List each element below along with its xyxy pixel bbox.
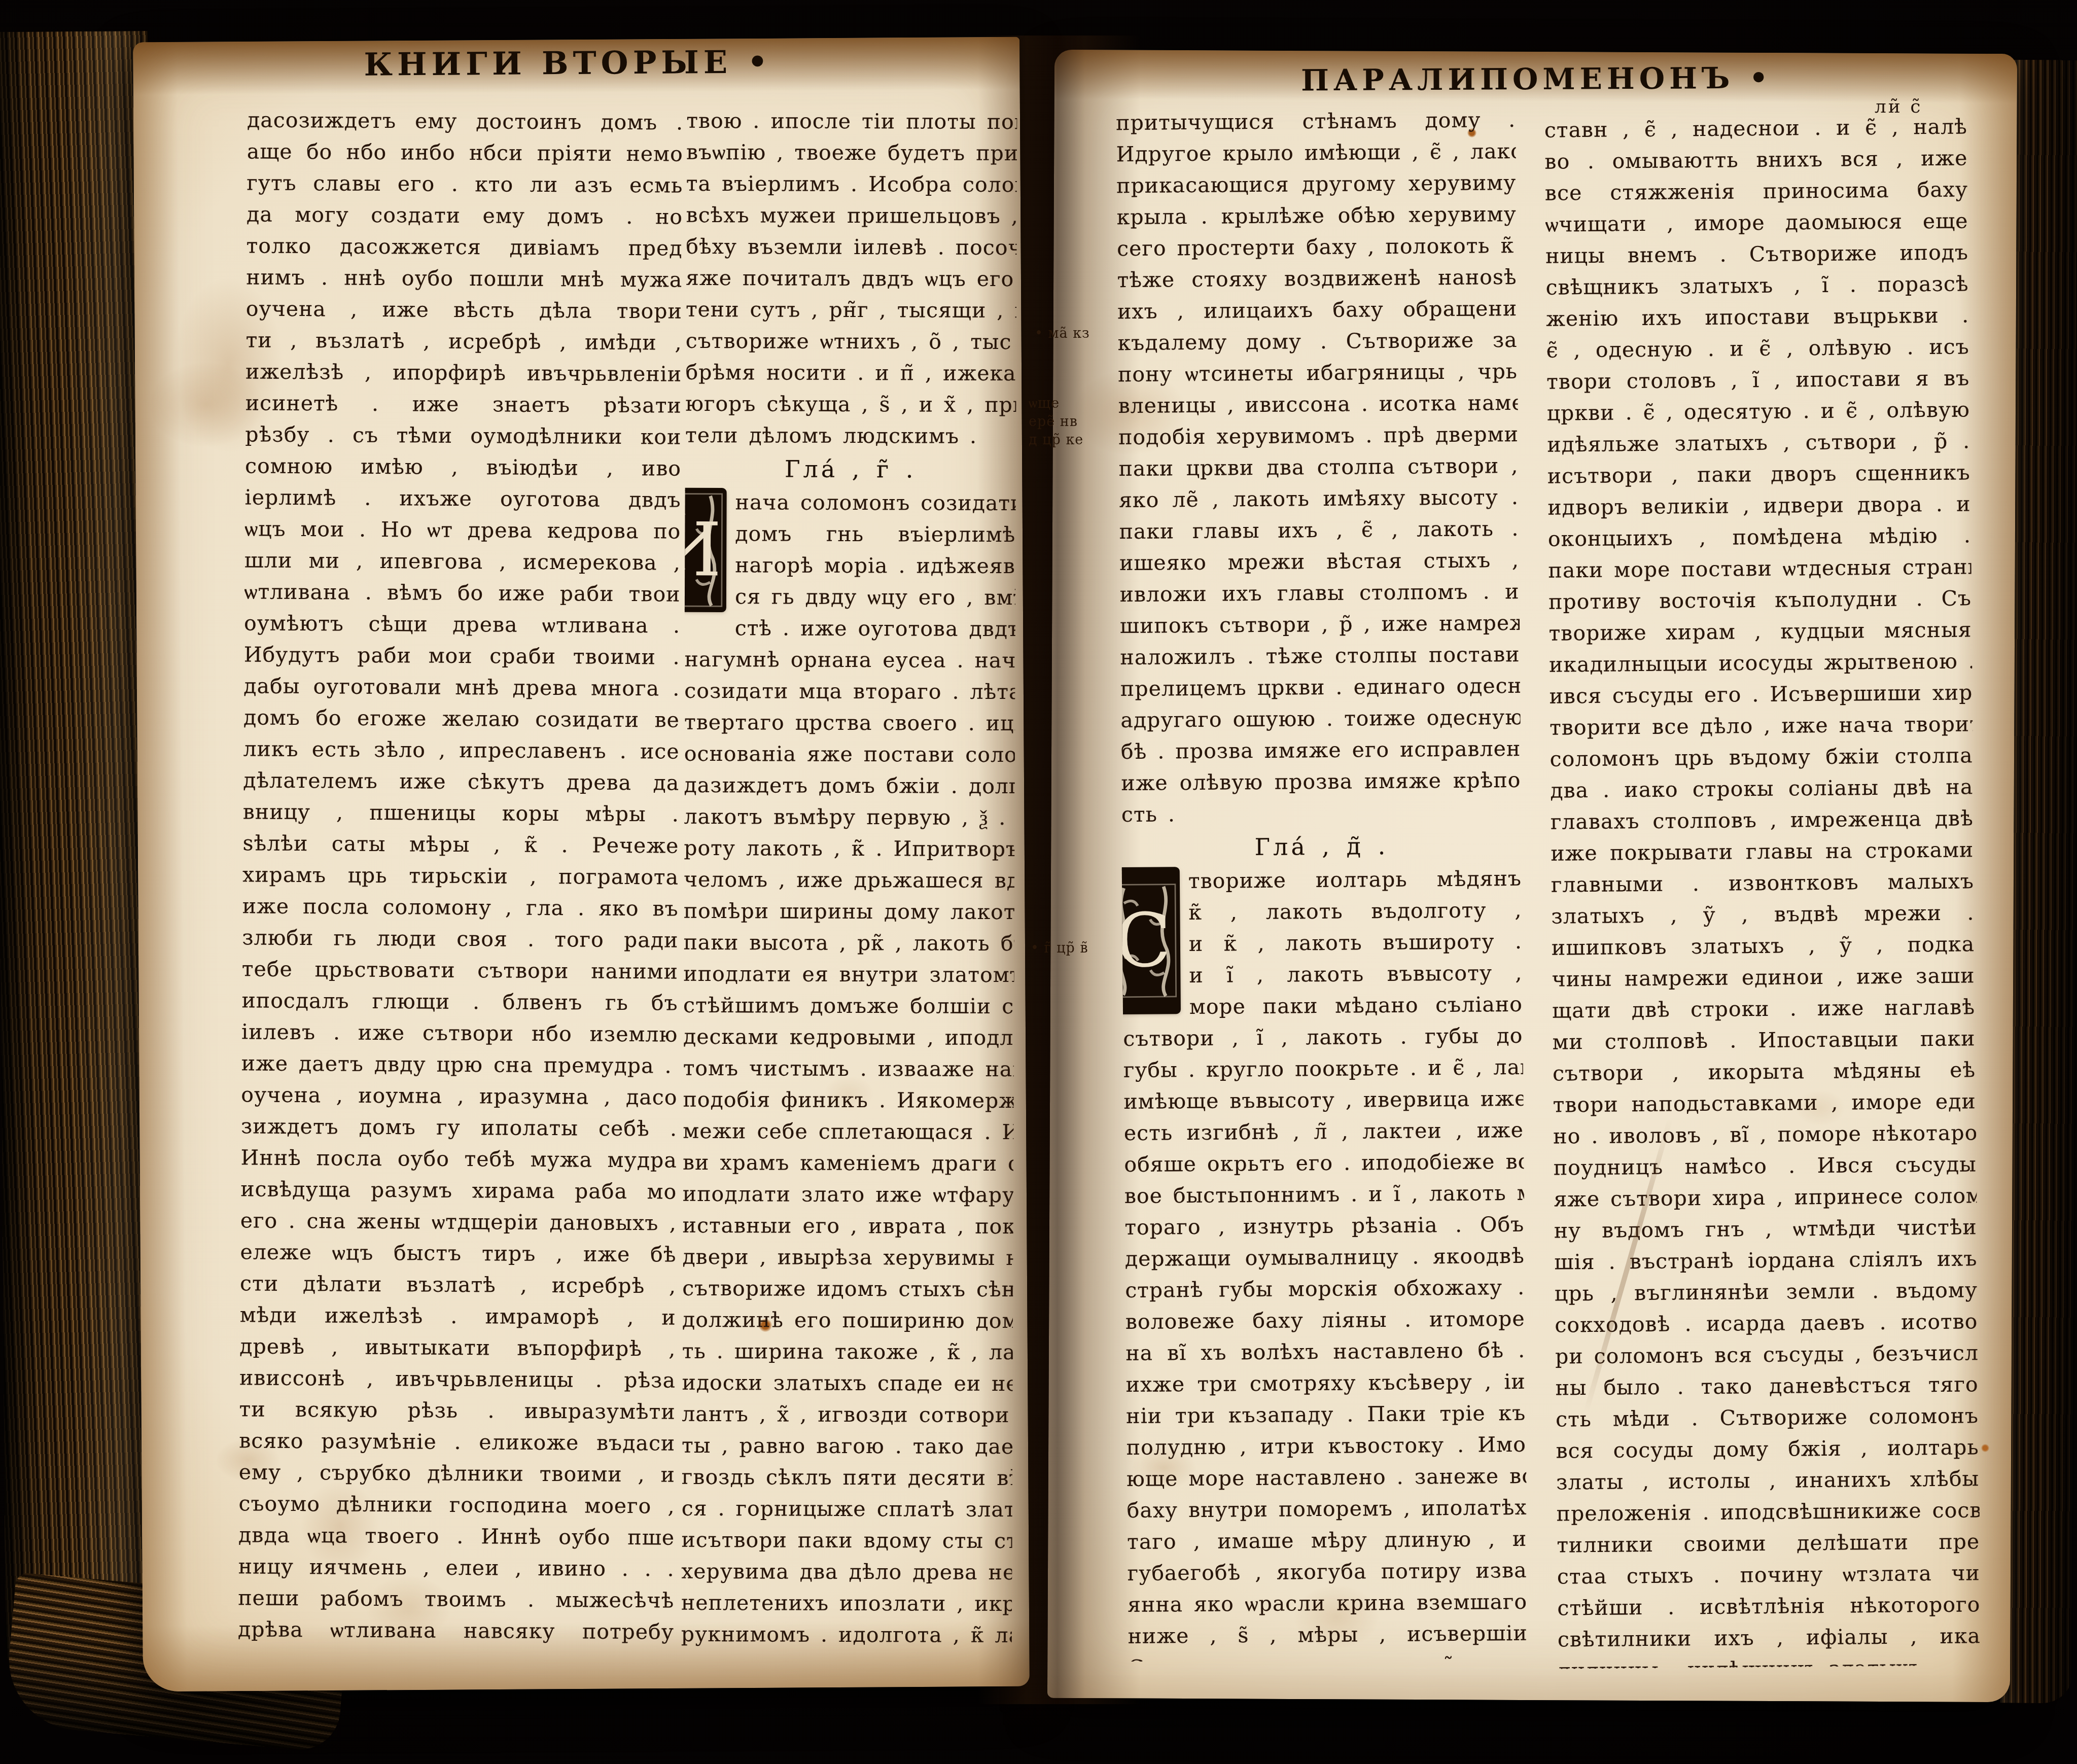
text-line: обяше окрьтъ его . иподобіеже воло [1124, 1146, 1524, 1180]
text-line: свѣщникъ златыхъ , і̃ . поразсѣ [1545, 268, 1969, 303]
text-line: поудницъ намѣсо . Ився съсуды [1553, 1148, 1977, 1183]
text-line: прикасающися другому херувиму [1116, 167, 1516, 201]
text-line: оучена , иоумна , иразумна , дасо [241, 1079, 677, 1113]
text-line: главахъ столповъ , имреженца двѣ [1551, 802, 1974, 837]
text-line: чины намрежи единои , иже заши [1552, 960, 1975, 995]
text-line: сти дѣлати възлатѣ , исребрѣ , [240, 1267, 676, 1301]
text-line: ихже три смотряху късѣверу , іи [1126, 1366, 1526, 1400]
text-line: црь , въглинянѣи земли . въдому [1555, 1274, 1978, 1309]
text-line: соломонъ црь въдому бжіи столпа [1550, 739, 1973, 774]
text-line: домъ гнь въіерлимѣ [685, 518, 1015, 550]
text-line: вся сосуды дому бжія , иолтарь [1556, 1431, 1979, 1466]
chapter-heading: Гла́ , д̃ . [1121, 827, 1522, 866]
text-line: имѣюще въвысоту , ивервица иже [1123, 1083, 1523, 1117]
text-line: томъ чистымъ . извааже нанеи [683, 1052, 1014, 1085]
text-line: аще бо нбо инбо нбси пріяти немо [247, 135, 683, 169]
text-line: женію ихъ ипостави въцрькви . [1546, 299, 1969, 334]
text-line: ти всякую рѣзь . ивыразумѣти [239, 1393, 675, 1427]
right-page-column-2: ставн , є̃ , надеснои . и є̃ , налѣво . … [1544, 111, 1981, 1669]
text-line: златы , истолы , инанихъ хлѣбы [1556, 1463, 1980, 1498]
text-line: недино крило имать , лакоть , є̃ [681, 1650, 1012, 1661]
text-line: свѣтилники ихъ , ифіалы , ика [1558, 1620, 1981, 1655]
text-line: да могу создати ему домъ . но [247, 198, 683, 232]
text-line: всѣхъ мужеи пришельцовъ , иже [686, 199, 1016, 232]
text-line: на ві̃ хъ волѣхъ наставлено бѣ . [1125, 1334, 1525, 1369]
text-line: бѣ . прозва имяже его исправленіе . [1121, 733, 1521, 767]
text-line: ихъ , илицаихъ баху обращени [1117, 293, 1517, 327]
text-line: ився съсуды его . Исъвершиши хира [1549, 677, 1973, 712]
text-line: исътвори , паки дворъ сщенникъ [1547, 456, 1971, 491]
text-line: югоръ сѣкуща , ѕ̃ , и х̃ , приста [685, 388, 1016, 420]
text-line: притычущися стѣнамъ дому . [1116, 104, 1516, 138]
text-line: десками кедровыми , иподлати зла [683, 1021, 1014, 1053]
margin-note: • ма̃ кз [1035, 325, 1090, 343]
text-line: роту лакоть , к̃ . Ипритворъ пре [684, 832, 1014, 865]
text-line: шипокъ сътвори , р̃ , иже намрежи [1120, 607, 1520, 642]
text-line: сего простерти баху , полокоть к̃ , [1117, 230, 1517, 264]
text-line: помѣри ширины дому лакоть , к̃ . [684, 895, 1014, 928]
text-line: сть мѣди . Сътвориже соломонъ [1556, 1400, 1979, 1435]
text-line: яко ле̃ , лакоть имѣяху высоту . [1119, 481, 1519, 516]
text-line: двда ѡца твоего . Иннѣ оубо пше [238, 1519, 675, 1553]
text-line: вницу , пшеницы коры мѣры . [243, 796, 679, 830]
text-line: нача соломонъ созидати [685, 486, 1016, 519]
text-line: сътвориже идомъ стыхъ сѣна . [682, 1273, 1013, 1305]
text-line: древѣ , ивытыкати въпорфирѣ , [239, 1330, 676, 1364]
text-line: ницу иячмень , елеи , ивино . . . [238, 1550, 675, 1584]
text-line: дѣлателемъ иже сѣкутъ древа да [243, 764, 679, 798]
text-line: мѣди ижелѣзѣ . имраморѣ , и [240, 1299, 676, 1333]
text-line: тебе црьствовати сътвори наними [242, 953, 678, 987]
margin-note: ѡще ере̃ нв д цр̃ ке [1029, 395, 1083, 449]
text-line: тели дѣломъ людскимъ . [685, 419, 1016, 452]
text-line: тораго , изнутрь рѣзаніа . Объ [1124, 1209, 1524, 1243]
text-line: рѣзбу . съ тѣми оумодѣлники кои [245, 418, 681, 452]
text-line: странѣ губы морскія обхожаху . [1125, 1272, 1525, 1306]
text-line: и і̃ , лакоть въвысоту , [1122, 957, 1522, 992]
text-line: яже сътвори хира , ипринесе соломо [1554, 1180, 1977, 1215]
text-line: тени сутъ , рн̃г , тысящи , ис̃ . [686, 294, 1016, 326]
text-line: твою . ипосле тіи плоты поморю [686, 105, 1017, 137]
text-line: баху внутри поморемъ , иполатѣхъ [1126, 1492, 1526, 1526]
text-line: твориже хирам , кудцыи мясныя [1548, 614, 1972, 649]
woodcut-initial-И: И [681, 490, 724, 610]
text-line: ѡчищати , иморе даомыюся еще [1545, 205, 1968, 240]
text-line: съоумо дѣлники господина моего , [238, 1488, 675, 1522]
text-line: хирамъ црь тирьскіи , пограмота [242, 859, 679, 893]
chapter-heading: Гла́ , г̃ . [685, 451, 1016, 487]
text-line: стѣ . иже оуготова двдъ [685, 612, 1015, 645]
text-line: преложенія . иподсвѣшникиже сосвѣ [1556, 1494, 1980, 1529]
text-line: главными . извонтковъ малыхъ [1551, 865, 1975, 900]
text-line: исътвори паки вдому сты стаа . [681, 1524, 1012, 1557]
text-line: та въіерлимъ . Исобра соломонъ [686, 168, 1017, 200]
text-line: сть . [1121, 796, 1521, 830]
text-line: іерлимѣ . ихъже оуготова двдъ [244, 481, 681, 515]
text-line: зиждетъ домъ гу иполаты себѣ . [241, 1110, 677, 1144]
text-line: Ибудутъ раби мои сраби твоими . [244, 639, 680, 673]
left-page-column-2: твою . ипосле тіи плоты поморювъѡпію , т… [681, 105, 1017, 1661]
text-line: межи себе сплетающася . Исоуста [683, 1115, 1013, 1148]
text-line: ницы внемъ . Сътвориже иподъ [1545, 236, 1969, 271]
text-line: паки цркви два столпа сътвори , [1118, 450, 1518, 484]
text-line: дасозиждетъ ему достоинъ домъ . [247, 104, 683, 138]
text-line: въѡпію , твоеже будетъ прибоди [686, 136, 1017, 169]
text-line: противу восточія къполудни . Съ [1548, 582, 1972, 617]
svg-text:И: И [681, 507, 723, 593]
text-line: дабы оуготовали мнѣ древа многа . [243, 670, 680, 704]
text-line: двери , ивырѣза херувимы настѣна . [682, 1241, 1013, 1274]
text-line: ми столповѣ . Ипоставцыи паки [1552, 1022, 1976, 1057]
text-line: ти , възлатѣ , исребрѣ , имѣди , [245, 324, 682, 358]
text-line: всяко разумѣніе . еликоже въдаси [239, 1425, 675, 1459]
text-line: губаегобѣ , якогуба потиру изва [1127, 1555, 1527, 1589]
text-line: іилевъ . иже сътвори нбо иземлю [241, 1016, 678, 1050]
text-line: иподлати ея внутри златомъ чи [683, 958, 1014, 991]
left-page-column-1: дасозиждетъ ему достоинъ домъ .аще бо нб… [238, 104, 684, 1661]
text-line: ликъ есть зѣло , ипреславенъ . исе [243, 733, 679, 767]
text-line: иставныи его , иврата , покна , и [683, 1210, 1013, 1242]
text-line: ишеяко мрежи вѣстая стыхъ , [1119, 544, 1519, 579]
text-line: таго , имаше мѣру длиную , и [1127, 1523, 1527, 1558]
svg-text:С: С [1116, 898, 1173, 984]
text-line: ипосдалъ глющи . блвенъ гь бъ [241, 984, 678, 1018]
text-line: оконцыихъ , помѣдена мѣдію . [1548, 519, 1972, 554]
text-line: дазиждетъ домъ бжіи . долготу [684, 769, 1015, 802]
text-line: оучена , иже вѣсть дѣла твори [246, 293, 682, 327]
text-line: сътвориже ѡтнихъ , о̃ , тыс , нарамни [686, 325, 1016, 358]
text-line: идворъ великіи , идвери двора . и [1547, 488, 1971, 523]
text-line: ну въдомъ гнъ , ѡтмѣди чистѣи [1554, 1211, 1978, 1246]
text-line: шли ми , ипевгова , исмерекова , [244, 544, 681, 578]
text-line: яже почиталъ двдъ ѡцъ его нобрѣ [686, 262, 1016, 295]
text-line: златыхъ , у̃ , въдвѣ мрежи . [1551, 897, 1975, 932]
right-page-column-1: притычущися стѣнамъ дому .Идругое крыло … [1116, 104, 1528, 1662]
text-line: к̃ , лакоть въдолготу , [1122, 894, 1522, 929]
running-title-right: ПАРАЛИПОМЕНОНЪ • [1085, 59, 1988, 98]
text-line: щати двѣ строки . иже наглавѣ [1552, 991, 1976, 1026]
text-line: ви храмъ каменіемъ драги славы . [683, 1147, 1013, 1179]
text-line: иже посла соломону , гла . яко въ [242, 890, 679, 924]
text-line: и к̃ , лакоть въшироту . [1122, 926, 1522, 960]
text-line: ишипковъ златыхъ , у̃ , подка [1552, 928, 1975, 963]
text-line: паки высота , рк̃ , лакоть бѣ . [683, 927, 1014, 959]
text-line: ивиссонѣ , ивъчрьвленицы . рѣза [239, 1362, 676, 1396]
text-line: вленицы , ивиссона . исотка намеи [1118, 387, 1518, 421]
text-line: творити все дѣло , иже нача творити [1550, 708, 1973, 743]
text-line: прелицемъ цркви . единаго одесную [1120, 670, 1520, 704]
text-line: паки море постави ѡтдесныя страны [1548, 551, 1972, 586]
text-line: ѡтливана . вѣмъ бо иже раби твои [244, 576, 680, 610]
text-line: вое быстьпоннимъ . и і̃ , лакоть мѣко [1124, 1177, 1524, 1212]
text-line: твертаго црства своего . иця сутъ [684, 707, 1015, 739]
text-line: твори столовъ , і̃ , ипостави я въ [1546, 362, 1970, 397]
text-line: идѣяльже златыхъ , сътвори , р̃ . [1547, 425, 1970, 460]
text-line: ніи три къзападу . Паки тріе къ [1126, 1397, 1526, 1432]
text-line: неплетенихъ ипозлати , икрилатѣ [681, 1587, 1012, 1619]
text-line: ему , сърубко дѣлники твоими , и [239, 1456, 675, 1490]
text-line: ивложи ихъ главы столпомъ . и [1119, 576, 1519, 610]
text-line: икадилныцыи исосуды жрытвеною . [1549, 645, 1973, 680]
text-line: твори наподьставками , иморе еди [1553, 1085, 1976, 1120]
text-line: цркви . є̃ , одесятую . и є̃ , олѣвую [1547, 394, 1970, 429]
running-title-left: КНИГИ ВТОРЫЕ • [152, 42, 984, 84]
text-line: стаа стыхъ . почину ѡтзлата чи [1557, 1557, 1981, 1592]
photo-open-antique-book: КНИГИ ВТОРЫЕ • ПАРАЛИПОМЕНОНЪ • ли̃ с̃ •… [0, 0, 2077, 1764]
text-line: наложилъ . тѣже столпы постави [1120, 639, 1520, 673]
text-line: дрѣва ѡтливана навсяку потребу [238, 1613, 674, 1647]
text-line: море паки мѣдано съліано [1123, 989, 1523, 1023]
text-line: воловеже баху ліяны . итоморе [1125, 1303, 1525, 1337]
text-line: толко дасожжется дивіамъ пред [246, 230, 682, 264]
text-line: есть изгибнѣ , л̃ , лактеи , иже [1124, 1114, 1524, 1149]
text-line: ны было . тако даневѣстъся тяго [1555, 1368, 1979, 1403]
text-line: є̃ , одесную . и є̃ , олѣвую . исъ [1546, 331, 1969, 366]
text-line: Идругое крыло имѣющи , є̃ , лако [1116, 135, 1516, 170]
text-line: ся гь двду ѡцу его , вмѣ [685, 581, 1015, 613]
text-line: должинѣ его пошириню дому лако [682, 1304, 1013, 1336]
text-line: крыла . крылѣже обѣю херувиму [1116, 198, 1516, 233]
text-line: херувима два дѣло древа некниж [681, 1556, 1012, 1588]
text-line: ри соломонъ вся съсуды , безъчисле [1555, 1337, 1979, 1372]
text-line: тилники своими делѣшати пре [1557, 1526, 1980, 1561]
text-line: Иннѣ посла оубо тебѣ мужа мудра [240, 1142, 677, 1176]
text-line: домъ бо егоже желаю созидати ве [243, 701, 680, 735]
text-line: адругаго ошуюю . тоиже одесную [1120, 701, 1520, 736]
text-line: идоски златыхъ спаде еи некота [682, 1367, 1012, 1399]
text-line: его . сна жены ѡтдщеріи дановыхъ , [240, 1205, 677, 1239]
text-line: ѕѣлѣи саты мѣры , к̃ . Речеже [242, 827, 679, 861]
text-line: иподлати злато иже ѡтфаруима . [683, 1178, 1013, 1211]
text-line: но . иволовъ , ві̃ , поморе нѣкотаро [1553, 1117, 1977, 1152]
text-line: пону ѡтсинеты ибагряницы , чрь [1118, 356, 1518, 390]
text-line: губы . кругло поокрьте . и є̃ , лако [1123, 1051, 1523, 1086]
text-line: юще море наставлено . занеже воло [1126, 1460, 1526, 1495]
woodcut-initial-С: С [1116, 869, 1178, 1012]
text-line: ниже , ѕ̃ , мѣры , исъвершіи [1128, 1617, 1527, 1652]
text-line: основаніа яже постави соломонъ , [684, 738, 1015, 770]
text-line: два . иако строкы соліаны двѣ на [1550, 771, 1974, 806]
text-line: ть . ширина такоже , к̃ , лакоть . [682, 1335, 1013, 1368]
text-line: подобія херувимомъ . прѣ дверми [1118, 418, 1518, 453]
text-line: иже покрывати главы на строками [1551, 834, 1974, 869]
text-line: янна яко ѡрасли крина вземшаго [1128, 1586, 1527, 1620]
text-line: иже олѣвую прозва имяже крѣпо [1121, 764, 1521, 799]
text-line: исвѣдуща разумъ хирама раба мо [240, 1173, 677, 1207]
text-line: гутъ славы его . кто ли азъ есмь [247, 167, 683, 201]
text-line: сокходовѣ . исарда даевъ . исотво [1555, 1306, 1978, 1340]
text-line: пеши рабомъ твоимъ . мыжесѣчѣ [238, 1582, 674, 1616]
text-line: оумѣютъ сѣщи древа ѡтливана . [244, 607, 680, 641]
text-line: сомною имѣю , въіюдѣи , иво [245, 450, 681, 484]
text-line: ставн , є̃ , надеснои . и є̃ , налѣ [1544, 111, 1968, 146]
text-line: брѣмя носити . и п̃ , ижекамені [685, 357, 1016, 389]
text-line: лакотъ въмѣру первую , ѯ . вши [684, 801, 1014, 833]
text-line: тѣже стояху воздвиженѣ наноѕѣ [1117, 261, 1517, 296]
text-line: полудню , итри къвостоку . Имо [1126, 1429, 1526, 1463]
text-line: держащи оумывалницу . якоодвѣ [1125, 1240, 1525, 1275]
text-line: гвоздь сѣклъ пяти десяти вѣса [682, 1461, 1012, 1494]
text-line: стѣйшимъ домъже болшіи сполати [683, 990, 1014, 1022]
text-line: сътвори , і̃ , лакоть . губы до [1123, 1020, 1523, 1054]
text-line: нагорѣ моріа . идѣжеяви [685, 549, 1015, 582]
text-line: подобія финикъ . Иякомержищься [683, 1084, 1013, 1116]
text-line: сътвори , икорыта мѣдяны еѣ [1553, 1054, 1976, 1089]
text-line: иже даетъ двду црю сна премудра . и [241, 1047, 678, 1081]
text-line: ся . горницыже сплатѣ златомъ . [682, 1493, 1012, 1525]
text-line: злюби гь люди своя . того ради [242, 922, 678, 956]
text-line: паки главы ихъ , є̃ , лакоть . [1119, 513, 1519, 547]
text-line: бѣху въземли іилевѣ . посочтенію [686, 231, 1016, 263]
text-line: во . омываютть внихъ вся , иже [1544, 142, 1968, 177]
text-line: нагумнѣ орнана еусеа . начатже [684, 644, 1015, 676]
text-line: ты , равно вагою . тако даедине [682, 1430, 1012, 1462]
text-line: ѡцъ мои . Но ѡт древа кедрова по [244, 513, 681, 547]
text-line: стѣйши . исвѣтлѣнія нѣкоторого [1557, 1589, 1981, 1624]
text-line: созидати мца втораго . лѣта че [684, 675, 1015, 708]
text-line: рукнимомъ . идолгота , к̃ лакоть , [681, 1618, 1012, 1651]
text-line: челомъ , иже дрьжашеся вдолжину [684, 864, 1014, 896]
text-line: лантъ , х̃ , игвозди сотвори зла [682, 1398, 1012, 1431]
text-line: нимъ . ннѣ оубо пошли мнѣ мужа [246, 261, 682, 295]
text-line: все стяжженія приносима баху [1545, 173, 1968, 208]
text-line: ележе ѡцъ быстъ тиръ , иже бѣ [240, 1236, 676, 1270]
text-line: къдалему дому . Сътвориже за [1117, 324, 1517, 359]
text-line: шія . въстранѣ іордана сліялъ ихъ [1554, 1243, 1978, 1278]
text-line: ижелѣзѣ , ипорфирѣ ивъчрьвленіи [245, 356, 682, 390]
text-line: твориже иолтарь мѣдянъ [1122, 863, 1522, 897]
text-line: исинетѣ . иже знаетъ рѣзати [245, 387, 682, 421]
margin-note: • г̃ цр̃ в̃ [1031, 939, 1088, 958]
